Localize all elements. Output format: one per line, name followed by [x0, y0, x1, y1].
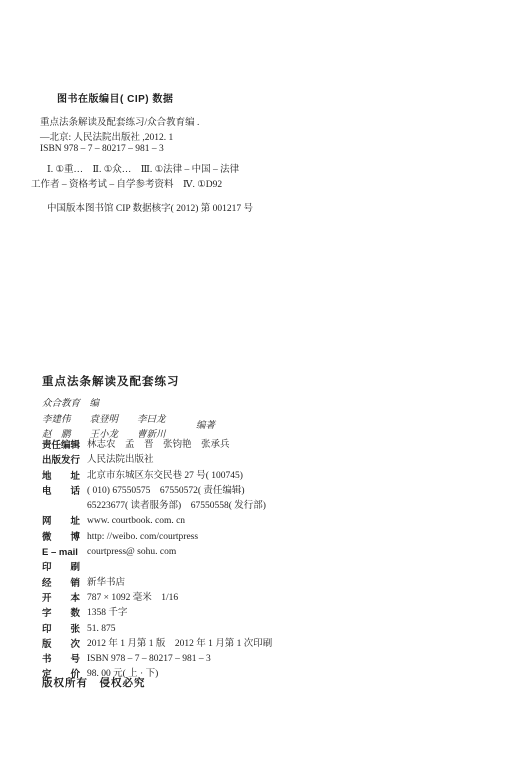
- row-label: 微 博: [42, 530, 80, 545]
- row-label: 责任编辑: [42, 438, 80, 453]
- colophon-row-printing: 印 刷: [42, 560, 472, 575]
- cip-catalog-number: 中国版本图书馆 CIP 数据核字( 2012) 第 001217 号: [47, 200, 253, 214]
- colophon-row-website: 网 址 www. courtbook. com. cn: [42, 514, 472, 529]
- row-value: 65223677( 读者服务部) 67550558( 发行部): [87, 499, 472, 514]
- cip-line-publisher: —北京: 人民法院出版社 ,2012. 1: [40, 129, 173, 143]
- row-label: 经 销: [42, 576, 80, 591]
- editor-line: 众合教育 编: [42, 395, 99, 409]
- copyright-page: 图书在版编目( CIP) 数据 重点法条解读及配套练习/众合教育编 . —北京:…: [0, 0, 510, 765]
- authors-row-1: 李建伟 袁登明 李曰龙: [42, 411, 166, 425]
- row-value: 2012 年 1 月第 1 版 2012 年 1 月第 1 次印刷: [87, 637, 472, 652]
- row-value: 1358 千字: [87, 606, 472, 621]
- copyright-notice: 版权所有 侵权必究: [42, 675, 146, 690]
- row-value: 林志农 孟 晋 张钧艳 张承兵: [87, 438, 472, 453]
- row-value: 北京市东城区东交民巷 27 号( 100745): [87, 469, 472, 484]
- authors-role: 编著: [196, 417, 215, 431]
- colophon-row-weibo: 微 博 http: //weibo. com/courtpress: [42, 530, 472, 545]
- colophon-row-phone-2: 65223677( 读者服务部) 67550558( 发行部): [42, 499, 472, 514]
- row-label: 网 址: [42, 514, 80, 529]
- row-value: ( 010) 67550575 67550572( 责任编辑): [87, 484, 472, 499]
- row-label: 地 址: [42, 469, 80, 484]
- colophon-row-editor: 责任编辑 林志农 孟 晋 张钧艳 张承兵: [42, 438, 472, 453]
- row-label: 出版发行: [42, 453, 80, 468]
- row-label: 书 号: [42, 652, 80, 667]
- colophon-row-edition: 版 次 2012 年 1 月第 1 版 2012 年 1 月第 1 次印刷: [42, 637, 472, 652]
- row-value: www. courtbook. com. cn: [87, 514, 472, 529]
- row-label: 印 刷: [42, 560, 80, 575]
- colophon-row-format: 开 本 787 × 1092 毫米 1/16: [42, 591, 472, 606]
- colophon-table: 责任编辑 林志农 孟 晋 张钧艳 张承兵 出版发行 人民法院出版社 地 址 北京…: [42, 438, 472, 683]
- row-value: 787 × 1092 毫米 1/16: [87, 591, 472, 606]
- row-value: [87, 560, 472, 575]
- row-value: 人民法院出版社: [87, 453, 472, 468]
- row-value: 51. 875: [87, 622, 472, 637]
- row-label: 开 本: [42, 591, 80, 606]
- row-value: courtpress@ sohu. com: [87, 545, 472, 560]
- row-value: 新华书店: [87, 576, 472, 591]
- colophon-row-email: E – mail courtpress@ sohu. com: [42, 545, 472, 560]
- row-value: http: //weibo. com/courtpress: [87, 530, 472, 545]
- cip-line-isbn: ISBN 978 – 7 – 80217 – 981 – 3: [40, 144, 164, 154]
- colophon-row-publisher: 出版发行 人民法院出版社: [42, 453, 472, 468]
- colophon-row-word-count: 字 数 1358 千字: [42, 606, 472, 621]
- row-label: [42, 499, 80, 514]
- colophon-row-isbn: 书 号 ISBN 978 – 7 – 80217 – 981 – 3: [42, 652, 472, 667]
- row-value: ISBN 978 – 7 – 80217 – 981 – 3: [87, 652, 472, 667]
- row-label: 版 次: [42, 637, 80, 652]
- cip-line-classification-2: 工作者 – 资格考试 – 自学参考资料 Ⅳ. ①D92: [31, 176, 222, 190]
- row-label: 字 数: [42, 606, 80, 621]
- colophon-row-distribution: 经 销 新华书店: [42, 576, 472, 591]
- colophon-row-phone: 电 话 ( 010) 67550575 67550572( 责任编辑): [42, 484, 472, 499]
- book-title: 重点法条解读及配套练习: [42, 373, 180, 389]
- cip-line-title: 重点法条解读及配套练习/众合教育编 .: [40, 114, 199, 128]
- cip-line-classification-1: Ⅰ. ①重… Ⅱ. ①众… Ⅲ. ①法律 – 中国 – 法律: [47, 161, 239, 175]
- row-label: 印 张: [42, 622, 80, 637]
- row-label: E – mail: [42, 545, 80, 560]
- row-label: 电 话: [42, 484, 80, 499]
- colophon-row-address: 地 址 北京市东城区东交民巷 27 号( 100745): [42, 469, 472, 484]
- colophon-row-sheets: 印 张 51. 875: [42, 622, 472, 637]
- cip-heading: 图书在版编目( CIP) 数据: [57, 90, 173, 105]
